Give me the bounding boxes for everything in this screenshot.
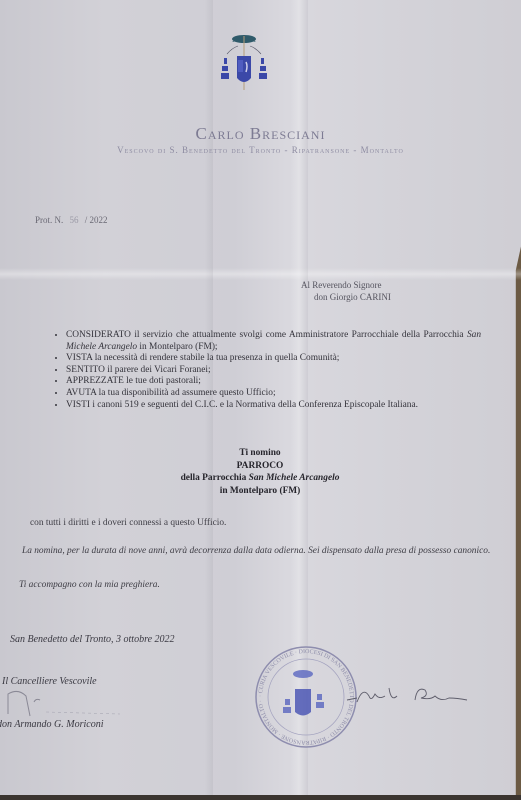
appointment-block: Ti nomino PARROCO della Parrocchia San M… bbox=[130, 447, 390, 497]
protocol-number: Prot. N. 56 / 2022 bbox=[35, 215, 108, 225]
consideration-item: VISTI i canoni 519 e seguenti del C.I.C.… bbox=[66, 400, 481, 412]
chancellor-signature-icon bbox=[0, 688, 130, 718]
recipient-block: Al Reverendo Signore don Giorgio CARINI bbox=[301, 279, 391, 303]
closing-paragraph: Ti accompagno con la mia preghiera. bbox=[19, 580, 160, 590]
consideration-item: AVUTA la tua disponibilità ad assumere q… bbox=[66, 388, 481, 400]
recipient-name: don Giorgio CARINI bbox=[301, 291, 391, 303]
consideration-item: CONSIDERATO il servizio che attualmente … bbox=[66, 330, 481, 353]
bishop-title: Vescovo di S. Benedetto del Tronto - Rip… bbox=[0, 145, 521, 155]
recipient-salutation: Al Reverendo Signore bbox=[301, 279, 391, 291]
rights-paragraph: con tutti i diritti e i doveri connessi … bbox=[30, 518, 226, 528]
consideration-item: SENTITO il parere dei Vicari Foranei; bbox=[66, 365, 481, 377]
protocol-year: / 2022 bbox=[85, 215, 108, 225]
protocol-value: 56 bbox=[70, 215, 79, 225]
duration-paragraph: La nomina, per la durata di nove anni, a… bbox=[22, 545, 492, 558]
appointment-location: in Montelparo (FM) bbox=[130, 485, 390, 498]
coat-of-arms-icon bbox=[218, 30, 270, 100]
appointment-title: PARROCO bbox=[130, 460, 390, 473]
protocol-label: Prot. N. bbox=[35, 215, 63, 225]
appointment-parish: della Parrocchia San Michele Arcangelo bbox=[130, 472, 390, 485]
chancellor-name: don Armando G. Moriconi bbox=[0, 719, 103, 730]
diocesan-seal-icon: · CURIA VESCOVILE · DIOCESI DI SAN BENED… bbox=[253, 644, 359, 750]
bishop-signature-icon bbox=[345, 680, 470, 710]
place-date: San Benedetto del Tronto, 3 ottobre 2022 bbox=[10, 634, 175, 645]
bishop-name: Carlo Bresciani bbox=[0, 124, 521, 144]
consideration-item: APPREZZATE le tue doti pastorali; bbox=[66, 376, 481, 388]
table-surface bbox=[0, 795, 521, 800]
chancellor-title: Il Cancelliere Vescovile bbox=[2, 676, 97, 687]
horizontal-fold bbox=[0, 268, 521, 280]
appointment-line-1: Ti nomino bbox=[130, 447, 390, 460]
considerations-list: CONSIDERATO il servizio che attualmente … bbox=[50, 330, 481, 411]
consideration-item: VISTA la necessità di rendere stabile la… bbox=[66, 353, 481, 365]
